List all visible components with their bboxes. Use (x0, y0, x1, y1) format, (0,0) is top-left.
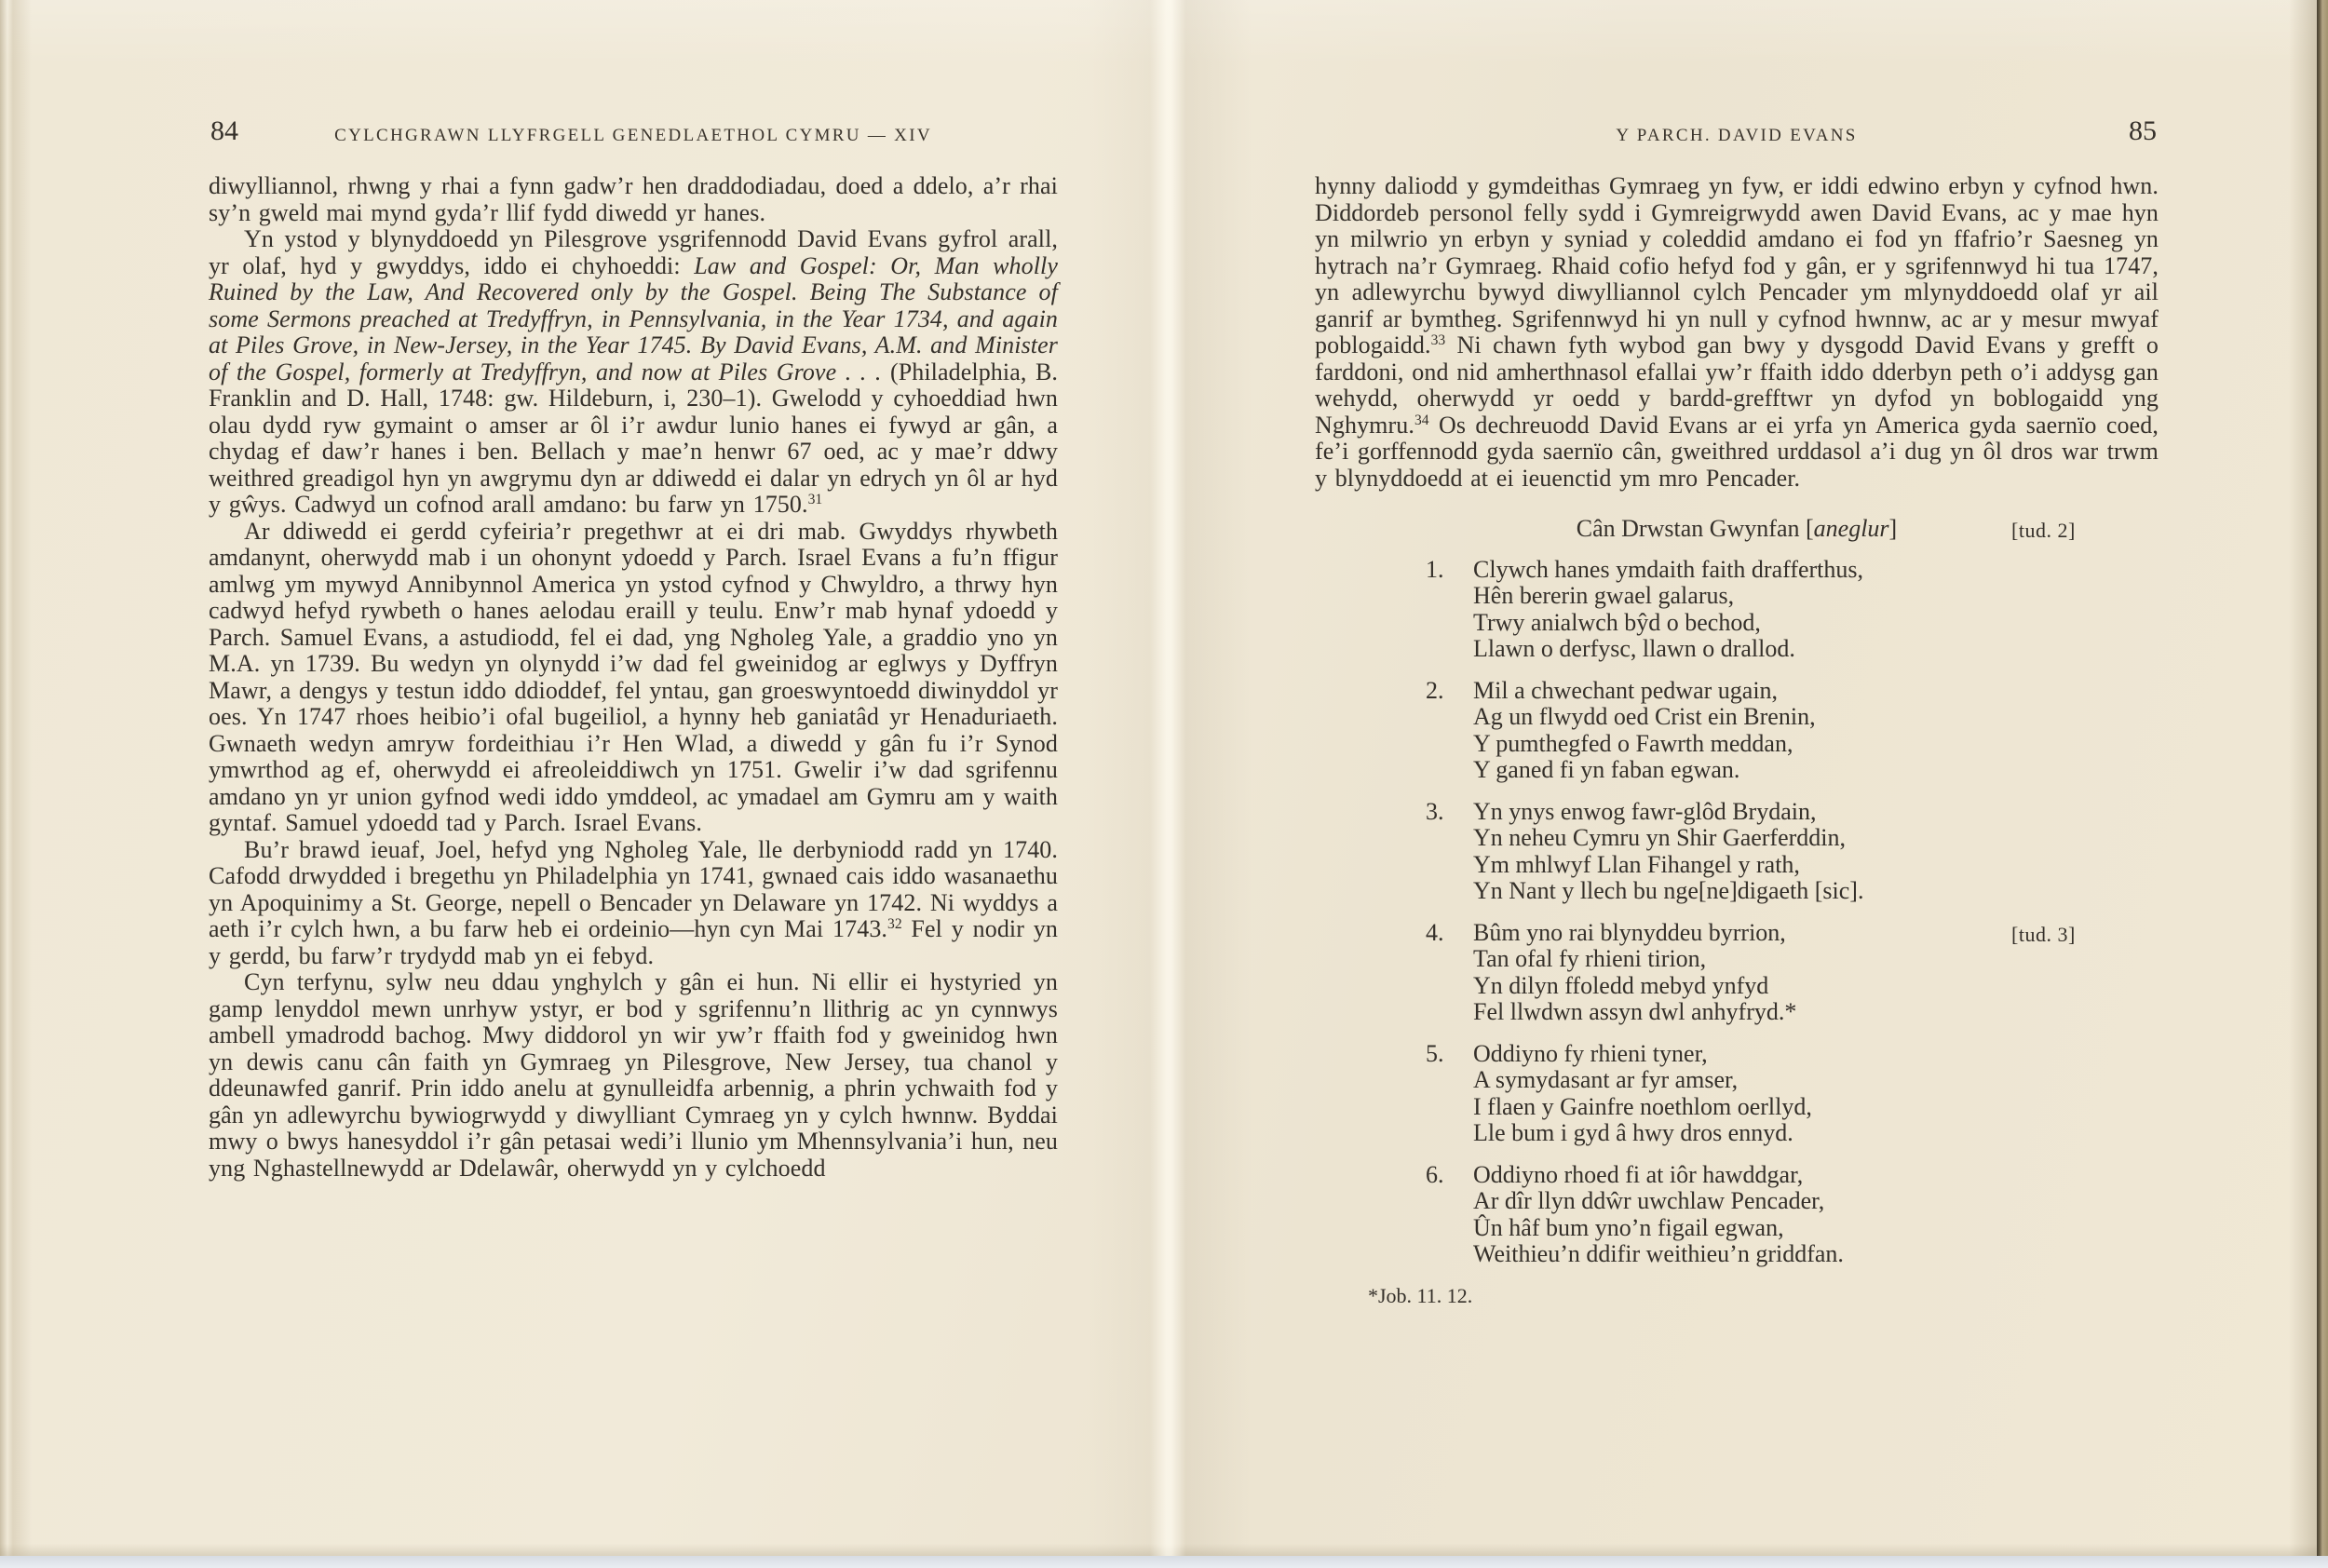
verse-line: Ym mhlwyf Llan Fihangel y rath, (1473, 852, 2159, 879)
verse-line: Clywch hanes ymdaith faith drafferthus, (1473, 557, 2159, 584)
right-page: 85 Y PARCH. DAVID EVANS hynny daliodd y … (1315, 117, 2159, 1309)
verse-line: Ûn hâf bum yno’n figail egwan, (1473, 1215, 2159, 1242)
verse-line: Yn ynys enwog fawr-glôd Brydain, (1473, 799, 2159, 826)
verse-line: Oddiyno fy rhieni tyner, (1473, 1041, 2159, 1068)
poem-stanza: 2. Mil a chwechant pedwar ugain, Ag un f… (1315, 678, 2159, 784)
paragraph: hynny daliodd y gymdeithas Gymraeg yn fy… (1315, 173, 2159, 492)
left-page: 84 CYLCHGRAWN LLYFRGELL GENEDLAETHOL CYM… (209, 117, 1058, 1182)
verse-line: Lle bum i gyd â hwy dros ennyd. (1473, 1120, 2159, 1147)
verse-line: Trwy anialwch bŷd o bechod, (1473, 610, 2159, 637)
page-number: 85 (2129, 115, 2157, 147)
stanza-number: 3. (1426, 799, 1444, 826)
book-scan: 84 CYLCHGRAWN LLYFRGELL GENEDLAETHOL CYM… (0, 0, 2328, 1568)
verse-line: Oddiyno rhoed fi at iôr hawddgar, (1473, 1162, 2159, 1189)
paragraph: Bu’r brawd ieuaf, Joel, hefyd yng Nghole… (209, 837, 1058, 970)
verse-line: Llawn o derfysc, llawn o drallod. (1473, 636, 2159, 663)
verse-line: Mil a chwechant pedwar ugain, (1473, 678, 2159, 705)
verse-line: I flaen y Gainfre noethlom oerllyd, (1473, 1094, 2159, 1121)
stanza-number: 6. (1426, 1162, 1444, 1189)
page-marker: [tud. 2] (2011, 518, 2076, 545)
stanza-number: 2. (1426, 678, 1444, 705)
poem-stanza: 6. Oddiyno rhoed fi at iôr hawddgar, Ar … (1315, 1162, 2159, 1268)
scanner-bed-strip (0, 1556, 2328, 1568)
left-page-body: diwylliannol, rhwng y rhai a fynn gadw’r… (209, 173, 1058, 1182)
verse-line: Ag un flwydd oed Crist ein Brenin, (1473, 704, 2159, 731)
poem: Cân Drwstan Gwynfan [aneglur] [tud. 2] 1… (1315, 516, 2159, 1309)
poem-stanza: 3. Yn ynys enwog fawr-glôd Brydain, Yn n… (1315, 799, 2159, 905)
book-cover-edge (2317, 0, 2328, 1559)
footnote: *Job. 11. 12. (1315, 1283, 2159, 1310)
poem-title-text: Cân Drwstan Gwynfan [aneglur] (1577, 515, 1897, 542)
gutter-fold (1088, 0, 1252, 1559)
right-page-header: 85 Y PARCH. DAVID EVANS (1315, 117, 2159, 173)
running-title: CYLCHGRAWN LLYFRGELL GENEDLAETHOL CYMRU … (209, 117, 1058, 146)
verse-line: Ar dîr llyn ddŵr uwchlaw Pencader, (1473, 1188, 2159, 1215)
left-page-header: 84 CYLCHGRAWN LLYFRGELL GENEDLAETHOL CYM… (209, 117, 1058, 173)
poem-stanza: 1. Clywch hanes ymdaith faith drafferthu… (1315, 557, 2159, 663)
paragraph: diwylliannol, rhwng y rhai a fynn gadw’r… (209, 173, 1058, 226)
paragraph: Cyn terfynu, sylw neu ddau ynghylch y gâ… (209, 969, 1058, 1182)
poem-title: Cân Drwstan Gwynfan [aneglur] [tud. 2] (1315, 516, 2159, 543)
verse-line: Weithieu’n ddifir weithieu’n griddfan. (1473, 1241, 2159, 1268)
verse-line: Yn Nant y llech bu nge[ne]digaeth [sic]. (1473, 878, 2159, 905)
page-marker: [tud. 3] (2011, 922, 2076, 949)
poem-stanza: 4. [tud. 3] Bûm yno rai blynyddeu byrrio… (1315, 920, 2159, 1026)
verse-line: Y ganed fi yn faban egwan. (1473, 757, 2159, 784)
stanza-number: 4. (1426, 920, 1444, 947)
poem-stanza: 5. Oddiyno fy rhieni tyner, A symydasant… (1315, 1041, 2159, 1147)
verse-line: A symydasant ar fyr amser, (1473, 1067, 2159, 1094)
running-title: Y PARCH. DAVID EVANS (1315, 117, 2159, 146)
paragraph: Ar ddiwedd ei gerdd cyfeiria’r pregethwr… (209, 519, 1058, 837)
page-number: 84 (210, 115, 238, 147)
stanza-number: 1. (1426, 557, 1444, 584)
verse-line: Yn dilyn ffoledd mebyd ynfyd (1473, 973, 2159, 1000)
verse-line: Tan ofal fy rhieni tirion, (1473, 946, 2159, 973)
verse-line: Hên bererin gwael galarus, (1473, 583, 2159, 610)
verse-line: Fel llwdwn assyn dwl anhyfryd.* (1473, 999, 2159, 1026)
paragraph: Yn ystod y blynyddoedd yn Pilesgrove ysg… (209, 226, 1058, 519)
stanza-number: 5. (1426, 1041, 1444, 1068)
verse-line: Yn neheu Cymru yn Shir Gaerferddin, (1473, 825, 2159, 852)
verse-line: Y pumthegfed o Fawrth meddan, (1473, 731, 2159, 758)
right-page-body: hynny daliodd y gymdeithas Gymraeg yn fy… (1315, 173, 2159, 492)
